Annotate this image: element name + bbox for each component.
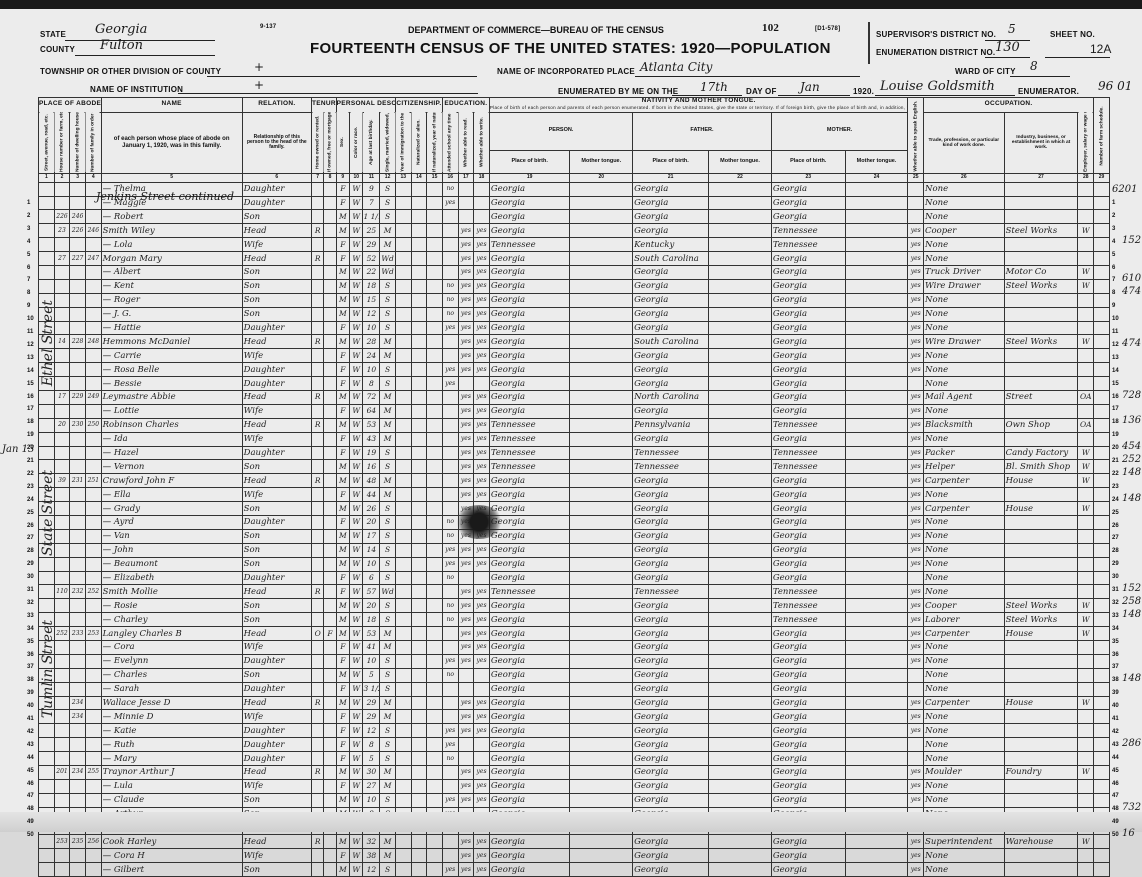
- cell-person-name: — Grady: [101, 502, 242, 516]
- cell-occupation: None: [924, 349, 1005, 363]
- cell-employer-class: [1078, 377, 1094, 391]
- cell-year-immigration: [395, 682, 411, 696]
- cell-occupation: Packer: [924, 446, 1005, 460]
- line-number-left: 38: [27, 677, 34, 683]
- cell-speaks-english: yes: [908, 488, 924, 502]
- cell-mother-birthplace: Georgia: [771, 738, 845, 752]
- cell-employer-class: [1078, 293, 1094, 307]
- cell-sex: F: [336, 196, 349, 210]
- cell-attended-school: [442, 682, 458, 696]
- cell-attended-school: yes: [442, 724, 458, 738]
- occupation-code-note: 16: [1122, 828, 1135, 832]
- cell-mortgaged: [324, 668, 336, 682]
- cell-year-naturalization: [427, 196, 443, 210]
- cell-mortgaged: [324, 279, 336, 293]
- cell-birthplace: Tennessee: [489, 585, 570, 599]
- cell-marital-status: S: [380, 557, 396, 571]
- cell-mother-tongue: [570, 349, 633, 363]
- cell-naturalized: [411, 224, 427, 238]
- cell-speaks-english: yes: [908, 307, 924, 321]
- cell-mother-mother-tongue: [845, 779, 908, 793]
- cell-color: W: [350, 210, 363, 224]
- cell-year-immigration: [395, 265, 411, 279]
- cell-can-write: yes: [474, 543, 490, 557]
- cell-person-name: — Kent: [101, 279, 242, 293]
- cell-mortgaged: [324, 224, 336, 238]
- cell-father-birthplace: Georgia: [633, 196, 709, 210]
- line-number-right: 13: [1112, 355, 1119, 361]
- cell-mother-birthplace: Georgia: [771, 571, 845, 585]
- cell-employer-class: [1078, 710, 1094, 724]
- cell-father-tongue: [709, 613, 772, 627]
- table-row: 234— Minnie DWifeFW29MyesyesGeorgiaGeorg…: [39, 710, 1110, 724]
- cell-mother-tongue: [570, 474, 633, 488]
- cell-house-number: [54, 752, 70, 766]
- cell-attended-school: [442, 265, 458, 279]
- col-year-immigration: Year of immigration to the United States…: [395, 112, 411, 173]
- cell-dwelling-number: 230: [70, 418, 86, 432]
- cell-father-tongue: [709, 696, 772, 710]
- cell-can-read: yes: [458, 307, 474, 321]
- cell-year-naturalization: [427, 321, 443, 335]
- cell-industry: [1004, 182, 1078, 196]
- cell-color: W: [350, 599, 363, 613]
- cell-mother-tongue: [570, 460, 633, 474]
- cell-birthplace: Georgia: [489, 793, 570, 807]
- cell-sex: F: [336, 724, 349, 738]
- cell-marital-status: S: [380, 210, 396, 224]
- cell-employer-class: W: [1078, 766, 1094, 780]
- cell-marital-status: M: [380, 766, 396, 780]
- cell-mother-mother-tongue: [845, 293, 908, 307]
- cell-age: 18: [363, 613, 380, 627]
- cell-relation: Daughter: [242, 446, 311, 460]
- cell-mother-mother-tongue: [845, 696, 908, 710]
- cell-mother-tongue: [570, 599, 633, 613]
- cell-mother-mother-tongue: [845, 404, 908, 418]
- cell-year-immigration: [395, 654, 411, 668]
- cell-mortgaged: [324, 460, 336, 474]
- cell-marital-status: S: [380, 738, 396, 752]
- cell-family-number: 248: [85, 335, 101, 349]
- cell-year-immigration: [395, 710, 411, 724]
- cell-mother-tongue: [570, 654, 633, 668]
- cell-can-write: yes: [474, 224, 490, 238]
- cell-occupation: Mail Agent: [924, 390, 1005, 404]
- cell-age: 5: [363, 752, 380, 766]
- column-number: 13: [395, 173, 411, 182]
- cell-mother-tongue: [570, 529, 633, 543]
- cell-father-birthplace: Georgia: [633, 307, 709, 321]
- cell-occupation: Moulder: [924, 766, 1005, 780]
- table-row: 23226246Smith WileyHeadRMW25MyesyesGeorg…: [39, 224, 1110, 238]
- cell-industry: Own Shop: [1004, 418, 1078, 432]
- cell-mother-birthplace: Georgia: [771, 210, 845, 224]
- cell-speaks-english: yes: [908, 363, 924, 377]
- cell-home-owned: [312, 307, 324, 321]
- cell-employer-class: [1078, 752, 1094, 766]
- cell-marital-status: M: [380, 710, 396, 724]
- occupation-code-note: 474: [1122, 338, 1141, 349]
- cell-mother-birthplace: Georgia: [771, 279, 845, 293]
- cell-mother-tongue: [570, 585, 633, 599]
- enumerated-month: Jan: [800, 80, 820, 94]
- cell-street: [39, 238, 55, 252]
- cell-father-tongue: [709, 363, 772, 377]
- table-row: — AyrdDaughterFW20SnoyesyesGeorgiaGeorgi…: [39, 516, 1110, 530]
- cell-year-immigration: [395, 516, 411, 530]
- cell-person-name: — Roger: [101, 293, 242, 307]
- cell-employer-class: [1078, 404, 1094, 418]
- cell-marital-status: M: [380, 696, 396, 710]
- cell-naturalized: [411, 502, 427, 516]
- column-number: 3: [70, 173, 86, 182]
- cell-father-birthplace: Pennsylvania: [633, 418, 709, 432]
- column-number: 25: [908, 173, 924, 182]
- line-number-right: 41: [1112, 716, 1119, 722]
- cell-mother-mother-tongue: [845, 460, 908, 474]
- census-rows: — ThelmaDaughterFW9SnoGeorgiaGeorgiaGeor…: [39, 182, 1110, 832]
- cell-can-read: yes: [458, 335, 474, 349]
- cell-father-tongue: [709, 182, 772, 196]
- cell-speaks-english: yes: [908, 252, 924, 266]
- cell-age: 5: [363, 668, 380, 682]
- scan-bottom-edge: [0, 812, 1142, 832]
- cell-dwelling-number: 233: [70, 627, 86, 641]
- cell-year-naturalization: [427, 293, 443, 307]
- cell-family-number: [85, 641, 101, 655]
- table-row: 39231251Crawford John FHeadRMW48MyesyesG…: [39, 474, 1110, 488]
- cell-employer-class: [1078, 724, 1094, 738]
- cell-industry: House: [1004, 474, 1078, 488]
- cell-color: W: [350, 557, 363, 571]
- occupation-code-note: 152: [1122, 583, 1141, 594]
- cell-employer-class: W: [1078, 446, 1094, 460]
- cell-occupation: None: [924, 738, 1005, 752]
- cell-father-birthplace: Georgia: [633, 668, 709, 682]
- cell-farm-schedule: [1094, 543, 1110, 557]
- cell-employer-class: W: [1078, 627, 1094, 641]
- cell-sex: M: [336, 210, 349, 224]
- cell-home-owned: [312, 502, 324, 516]
- cell-year-immigration: [395, 474, 411, 488]
- cell-marital-status: S: [380, 613, 396, 627]
- cell-naturalized: [411, 488, 427, 502]
- cell-marital-status: S: [380, 196, 396, 210]
- cell-dwelling-number: [70, 779, 86, 793]
- cell-industry: Street: [1004, 390, 1078, 404]
- cell-home-owned: [312, 488, 324, 502]
- cell-mother-birthplace: Georgia: [771, 696, 845, 710]
- cell-attended-school: [442, 335, 458, 349]
- cell-sex: M: [336, 390, 349, 404]
- cell-year-immigration: [395, 335, 411, 349]
- cell-occupation: None: [924, 654, 1005, 668]
- cell-home-owned: [312, 724, 324, 738]
- cell-sex: F: [336, 252, 349, 266]
- cell-family-number: [85, 516, 101, 530]
- cell-year-immigration: [395, 182, 411, 196]
- table-row: — HazelDaughterFW19SyesyesTennesseeTenne…: [39, 446, 1110, 460]
- cell-occupation: None: [924, 363, 1005, 377]
- cell-mother-tongue: [570, 252, 633, 266]
- cell-occupation: None: [924, 557, 1005, 571]
- cell-age: 30: [363, 766, 380, 780]
- cell-can-read: yes: [458, 696, 474, 710]
- cell-mortgaged: [324, 404, 336, 418]
- cell-mother-mother-tongue: [845, 738, 908, 752]
- cell-family-number: [85, 210, 101, 224]
- cell-attended-school: [442, 474, 458, 488]
- group-place-of-abode: PLACE OF ABODE.: [39, 98, 102, 113]
- cell-speaks-english: [908, 196, 924, 210]
- cell-birthplace: Georgia: [489, 682, 570, 696]
- cell-birthplace: Georgia: [489, 599, 570, 613]
- cell-sex: F: [336, 238, 349, 252]
- cell-naturalized: [411, 682, 427, 696]
- cell-employer-class: [1078, 182, 1094, 196]
- cell-speaks-english: yes: [908, 279, 924, 293]
- cell-year-naturalization: [427, 543, 443, 557]
- cell-birthplace: Georgia: [489, 265, 570, 279]
- cell-can-write: yes: [474, 641, 490, 655]
- cell-mother-tongue: [570, 238, 633, 252]
- cell-farm-schedule: [1094, 779, 1110, 793]
- cell-occupation: None: [924, 585, 1005, 599]
- cell-naturalized: [411, 613, 427, 627]
- cell-marital-status: S: [380, 516, 396, 530]
- cell-sex: M: [336, 265, 349, 279]
- cell-marital-status: S: [380, 793, 396, 807]
- cell-birthplace: Georgia: [489, 182, 570, 196]
- line-number-right: 34: [1112, 626, 1119, 632]
- cell-can-write: yes: [474, 252, 490, 266]
- line-number-right: 9: [1112, 303, 1115, 309]
- cell-street: [39, 432, 55, 446]
- cell-speaks-english: yes: [908, 654, 924, 668]
- cell-farm-schedule: [1094, 793, 1110, 807]
- cell-naturalized: [411, 390, 427, 404]
- cell-mother-birthplace: Georgia: [771, 432, 845, 446]
- cell-birthplace: Georgia: [489, 210, 570, 224]
- cell-person-name: — Albert: [101, 265, 242, 279]
- cell-family-number: [85, 238, 101, 252]
- cell-can-write: yes: [474, 793, 490, 807]
- cell-family-number: [85, 599, 101, 613]
- cell-mother-tongue: [570, 682, 633, 696]
- line-number-right: 19: [1112, 432, 1119, 438]
- cell-age: 8: [363, 377, 380, 391]
- cell-person-name: — Lola: [101, 238, 242, 252]
- cell-age: 10: [363, 793, 380, 807]
- col-person-pob: Place of birth.: [489, 150, 570, 173]
- cell-marital-status: Wd: [380, 265, 396, 279]
- cell-year-immigration: [395, 446, 411, 460]
- cell-farm-schedule: [1094, 224, 1110, 238]
- cell-mother-tongue: [570, 641, 633, 655]
- occupation-code-note: 148: [1122, 467, 1141, 478]
- cell-person-name: — Rosa Belle: [101, 363, 242, 377]
- cell-home-owned: [312, 793, 324, 807]
- cell-mother-mother-tongue: [845, 557, 908, 571]
- table-row: — BessieDaughterFW8SyesGeorgiaGeorgiaGeo…: [39, 377, 1110, 391]
- cell-industry: House: [1004, 696, 1078, 710]
- cell-person-name: Robinson Charles: [101, 418, 242, 432]
- cell-birthplace: Georgia: [489, 335, 570, 349]
- cell-occupation: Cooper: [924, 224, 1005, 238]
- cell-father-birthplace: Georgia: [633, 641, 709, 655]
- cell-house-number: [54, 641, 70, 655]
- cell-can-write: yes: [474, 404, 490, 418]
- cell-birthplace: Georgia: [489, 363, 570, 377]
- cell-industry: [1004, 432, 1078, 446]
- group-personal-description: PERSONAL DESCRIPTION.: [336, 98, 395, 113]
- cell-farm-schedule: [1094, 390, 1110, 404]
- line-number-left: 39: [27, 690, 34, 696]
- cell-dwelling-number: [70, 724, 86, 738]
- cell-street: [39, 599, 55, 613]
- cell-attended-school: yes: [442, 363, 458, 377]
- cell-naturalized: [411, 252, 427, 266]
- cell-mother-birthplace: Georgia: [771, 474, 845, 488]
- cell-person-name: — Charley: [101, 613, 242, 627]
- cell-relation: Daughter: [242, 752, 311, 766]
- cell-father-birthplace: Georgia: [633, 210, 709, 224]
- county-underline: [75, 55, 215, 56]
- cell-person-name: — Charles: [101, 668, 242, 682]
- cell-relation: Daughter: [242, 377, 311, 391]
- cell-year-immigration: [395, 321, 411, 335]
- cell-attended-school: [442, 585, 458, 599]
- cell-employer-class: W: [1078, 502, 1094, 516]
- cell-mortgaged: [324, 335, 336, 349]
- cell-father-tongue: [709, 641, 772, 655]
- cell-home-owned: R: [312, 766, 324, 780]
- cell-color: W: [350, 238, 363, 252]
- cell-farm-schedule: [1094, 766, 1110, 780]
- line-number-left: 18: [27, 419, 34, 425]
- cell-dwelling-number: [70, 668, 86, 682]
- cell-family-number: 246: [85, 224, 101, 238]
- cell-year-naturalization: [427, 779, 443, 793]
- cell-naturalized: [411, 738, 427, 752]
- cell-family-number: [85, 502, 101, 516]
- cell-year-naturalization: [427, 724, 443, 738]
- line-number-right: 32: [1112, 600, 1119, 606]
- cell-home-owned: [312, 293, 324, 307]
- cell-farm-schedule: [1094, 335, 1110, 349]
- cell-dwelling-number: [70, 349, 86, 363]
- cell-sex: F: [336, 321, 349, 335]
- cell-naturalized: [411, 377, 427, 391]
- cell-can-write: yes: [474, 446, 490, 460]
- enumerated-month-underline: [778, 95, 850, 96]
- cell-sex: M: [336, 557, 349, 571]
- line-number-right: 37: [1112, 664, 1119, 670]
- cell-can-read: yes: [458, 557, 474, 571]
- cell-birthplace: Georgia: [489, 279, 570, 293]
- cell-year-naturalization: [427, 502, 443, 516]
- cell-father-tongue: [709, 752, 772, 766]
- occupation-code-note: 136: [1122, 415, 1141, 426]
- cell-marital-status: M: [380, 627, 396, 641]
- line-number-right: 35: [1112, 639, 1119, 645]
- line-number-left: 40: [27, 703, 34, 709]
- cell-attended-school: no: [442, 182, 458, 196]
- col-mother-tongue: Mother tongue.: [845, 150, 908, 173]
- cell-marital-status: S: [380, 460, 396, 474]
- cell-marital-status: S: [380, 502, 396, 516]
- cell-mother-birthplace: Georgia: [771, 182, 845, 196]
- ward-value: 8: [1030, 59, 1038, 73]
- line-number-left: 48: [27, 806, 34, 812]
- cell-marital-status: S: [380, 682, 396, 696]
- cell-employer-class: [1078, 571, 1094, 585]
- cell-house-number: [54, 529, 70, 543]
- cell-mother-mother-tongue: [845, 418, 908, 432]
- line-number-left: 4: [27, 239, 30, 245]
- cell-color: W: [350, 627, 363, 641]
- cell-employer-class: W: [1078, 460, 1094, 474]
- cell-house-number: 20: [54, 418, 70, 432]
- cell-year-naturalization: [427, 252, 443, 266]
- cell-sex: M: [336, 307, 349, 321]
- col-house-number: House number or farm, etc.: [54, 112, 70, 173]
- cell-color: W: [350, 418, 363, 432]
- cell-speaks-english: [908, 210, 924, 224]
- table-row: — KentSonMW18SnoyesyesGeorgiaGeorgiaGeor…: [39, 279, 1110, 293]
- cell-employer-class: W: [1078, 335, 1094, 349]
- cell-farm-schedule: [1094, 252, 1110, 266]
- column-number: 28: [1078, 173, 1094, 182]
- cell-mortgaged: [324, 724, 336, 738]
- cell-dwelling-number: [70, 654, 86, 668]
- cell-year-immigration: [395, 543, 411, 557]
- cell-marital-status: M: [380, 390, 396, 404]
- cell-farm-schedule: [1094, 265, 1110, 279]
- cell-father-birthplace: Georgia: [633, 377, 709, 391]
- cell-can-write: yes: [474, 654, 490, 668]
- cell-mortgaged: [324, 585, 336, 599]
- cell-year-naturalization: [427, 418, 443, 432]
- cell-sex: M: [336, 793, 349, 807]
- cell-industry: [1004, 793, 1078, 807]
- cell-father-tongue: [709, 502, 772, 516]
- cell-color: W: [350, 571, 363, 585]
- cell-mother-birthplace: Georgia: [771, 529, 845, 543]
- form-code: [D1-578]: [815, 26, 840, 32]
- cell-can-write: yes: [474, 710, 490, 724]
- line-number-left: 2: [27, 213, 30, 219]
- cell-home-owned: R: [312, 335, 324, 349]
- cell-speaks-english: [908, 738, 924, 752]
- cell-speaks-english: yes: [908, 432, 924, 446]
- cell-employer-class: [1078, 432, 1094, 446]
- cell-age: 12: [363, 724, 380, 738]
- table-row: — AlbertSonMW22WdyesyesGeorgiaGeorgiaGeo…: [39, 265, 1110, 279]
- cell-person-name: — Mary: [101, 752, 242, 766]
- cell-family-number: [85, 668, 101, 682]
- group-tenure: TENURE.: [312, 98, 337, 113]
- column-number: 14: [411, 173, 427, 182]
- cell-employer-class: [1078, 516, 1094, 530]
- cell-father-tongue: [709, 710, 772, 724]
- cell-family-number: [85, 377, 101, 391]
- cell-mother-tongue: [570, 752, 633, 766]
- cell-mother-tongue: [570, 390, 633, 404]
- line-number-left: 43: [27, 742, 34, 748]
- cell-home-owned: [312, 738, 324, 752]
